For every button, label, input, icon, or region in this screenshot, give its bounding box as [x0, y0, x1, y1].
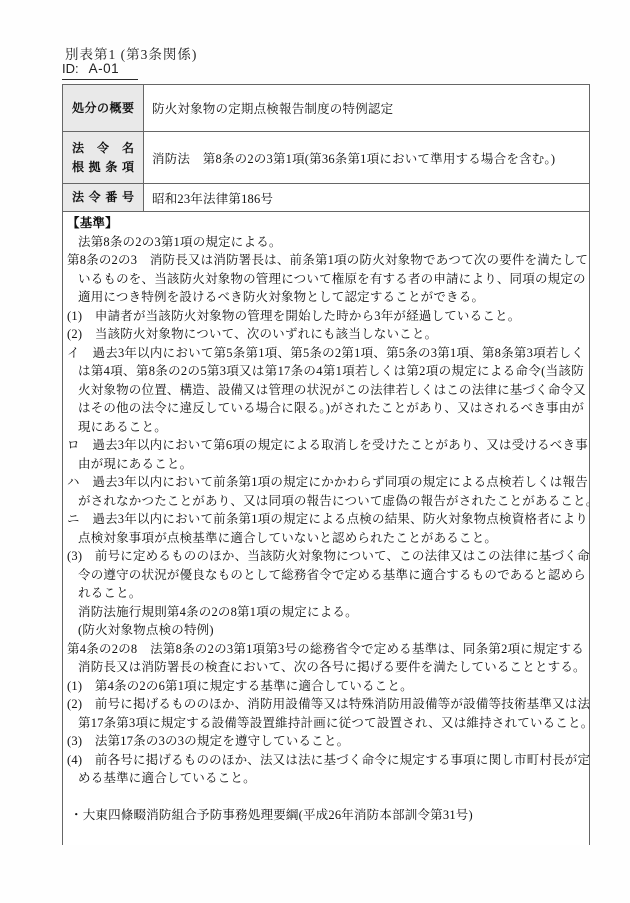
- body-line: 点検対象事項が点検基準に適合していないと認められたことがあること。: [63, 529, 589, 548]
- label-text: 処分の概要: [72, 99, 134, 118]
- label-text: 法 令 番 号: [72, 188, 134, 207]
- body-line: (2) 当該防火対象物について、次のいずれにも該当しないこと。: [63, 325, 589, 344]
- body-line: 法第8条の2の3第1項の規定による。: [63, 233, 589, 252]
- body-line: 第17条第3項に規定する設備等設置維持計画に従つて設置され、又は維持されているこ…: [63, 714, 589, 733]
- value-cell-horei-bangou: 昭和23年法律第186号: [144, 184, 589, 211]
- id-value: A-01: [89, 61, 120, 76]
- regulation-table: 処分の概要 防火対象物の定期点検報告制度の特例認定 法 令 名 根 拠 条 項 …: [62, 84, 590, 845]
- body-line: (4) 前各号に掲げるもののほか、法又は法に基づく命令に規定する事項に関し市町村…: [63, 751, 589, 770]
- body-line: がされなかつたことがあり、又は同項の報告について虚偽の報告がされたことがあること…: [63, 492, 589, 511]
- body-line: める基準に適合していること。: [63, 769, 589, 788]
- document-page: 別表第1 (第3条関係) ID:A-01 処分の概要 防火対象物の定期点検報告制…: [0, 0, 630, 903]
- body-line: ロ 過去3年以内において第6項の規定による取消しを受けたことがあり、又は受けるべ…: [63, 436, 589, 455]
- body-line: ハ 過去3年以内において前条第1項の規定にかかわらず同項の規定による点検若しくは…: [63, 473, 589, 492]
- body-line: いるものを、当該防火対象物の管理について権原を有する者の申請により、同項の規定の: [63, 270, 589, 289]
- kijun-body: 【基準】法第8条の2の3第1項の規定による。第8条の2の3 消防長又は消防署長は…: [63, 212, 589, 845]
- label-text-line1: 法 令 名: [72, 139, 134, 158]
- body-line: 令の遵守の状況が優良なものとして総務省令で定める基準に適合するものであると認めら: [63, 566, 589, 585]
- body-line: (3) 法第17条の3の3の規定を遵守していること。: [63, 732, 589, 751]
- value-cell-horei-konkyo: 消防法 第8条の2の3第1項(第36条第1項において準用する場合を含む。): [144, 132, 589, 183]
- table-row-shobun-gaiyou: 処分の概要 防火対象物の定期点検報告制度の特例認定: [63, 85, 589, 132]
- body-line: (1) 第4条の2の6第1項に規定する基準に適合していること。: [63, 677, 589, 696]
- body-line: イ 過去3年以内において第5条第1項、第5条の2第1項、第5条の3第1項、第8条…: [63, 344, 589, 363]
- body-line: ニ 過去3年以内において前条第1項の規定による点検の結果、防火対象物点検資格者に…: [63, 510, 589, 529]
- kijun-heading: 【基準】: [63, 214, 589, 233]
- body-line: 適用につき特例を設けるべき防火対象物として認定することができる。: [63, 288, 589, 307]
- table-row-horei-konkyo: 法 令 名 根 拠 条 項 消防法 第8条の2の3第1項(第36条第1項において…: [63, 132, 589, 184]
- body-line: 第8条の2の3 消防長又は消防署長は、前条第1項の防火対象物であつて次の要件を満…: [63, 251, 589, 270]
- body-line: (2) 前号に掲げるもののほか、消防用設備等又は特殊消防用設備等が設備等技術基準…: [63, 695, 589, 714]
- body-line: 火対象物の位置、構造、設備又は管理の状況がこの法律若しくはこの法律に基づく命令又: [63, 381, 589, 400]
- label-cell-horei-konkyo: 法 令 名 根 拠 条 項: [63, 132, 144, 183]
- body-line: 由が現にあること。: [63, 455, 589, 474]
- body-line: (防火対象物点検の特例): [63, 621, 589, 640]
- table-row-horei-bangou: 法 令 番 号 昭和23年法律第186号: [63, 184, 589, 212]
- id-label: ID:: [62, 61, 79, 76]
- document-id: ID:A-01: [62, 61, 138, 80]
- body-line: は第4項、第8条の2の5第3項又は第17条の4第1項若しくは第2項の規定による命…: [63, 362, 589, 381]
- body-line: (1) 申請者が当該防火対象物の管理を開始した時から3年が経過していること。: [63, 307, 589, 326]
- body-line: はその他の法令に違反している場合に限る。)がされたことがあり、又はされるべき事由…: [63, 399, 589, 418]
- value-cell-shobun-gaiyou: 防火対象物の定期点検報告制度の特例認定: [144, 85, 589, 131]
- label-cell-shobun-gaiyou: 処分の概要: [63, 85, 144, 131]
- body-line: 消防長又は消防署長の検査において、次の各号に掲げる要件を満たしていることとする。: [63, 658, 589, 677]
- page-title: 別表第1 (第3条関係): [65, 43, 197, 63]
- body-line: ・大東四條畷消防組合予防事務処理要綱(平成26年消防本部訓令第31号): [63, 806, 589, 825]
- body-line: (3) 前号に定めるもののほか、当該防火対象物について、この法律又はこの法律に基…: [63, 547, 589, 566]
- body-line: れること。: [63, 584, 589, 603]
- label-cell-horei-bangou: 法 令 番 号: [63, 184, 144, 211]
- body-line: [63, 788, 589, 807]
- body-line: 消防法施行規則第4条の2の8第1項の規定による。: [63, 603, 589, 622]
- body-line: 第4条の2の8 法第8条の2の3第1項第3号の総務省令で定める基準は、同条第2項…: [63, 640, 589, 659]
- label-text-line2: 根 拠 条 項: [72, 158, 134, 177]
- body-line: 現にあること。: [63, 418, 589, 437]
